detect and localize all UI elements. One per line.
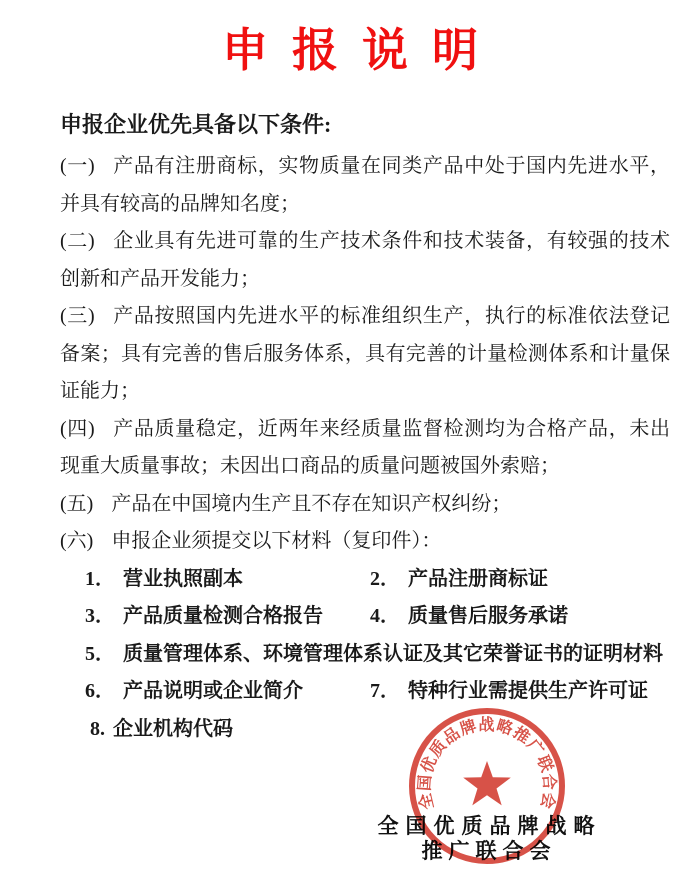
official-seal: 全国优质品牌战略推广联合会 (406, 706, 568, 868)
material-text: 质量售后服务承诺 (408, 605, 568, 627)
material-item: 5．质量管理体系、环境管理体系认证及其它荣誉证书的证明材料 (60, 636, 670, 674)
condition-marker: (一) (60, 155, 95, 177)
material-item: 7．特种行业需提供生产许可证 (345, 673, 670, 711)
material-item: 1．营业执照副本 (60, 561, 345, 599)
material-number: 8. (90, 718, 105, 740)
condition-text: 产品有注册商标，实物质量在同类产品中处于国内先进水平，并具有较高的品牌知名度； (60, 155, 670, 215)
material-item: 8.企业机构代码 (60, 711, 345, 749)
page-title: 申报说明 (60, 24, 640, 78)
materials-list: 1．营业执照副本 2．产品注册商标证 3．产品质量检测合格报告 4．质量售后服务… (60, 561, 670, 749)
material-text: 企业机构代码 (113, 718, 233, 740)
material-item: 6．产品说明或企业简介 (60, 673, 345, 711)
material-text: 质量管理体系、环境管理体系认证及其它荣誉证书的证明材料 (123, 643, 663, 665)
condition-item: (四)产品质量稳定，近两年来经质量监督检测均为合格产品，未出现重大质量事故；未因… (60, 411, 670, 486)
condition-item: (五)产品在中国境内生产且不存在知识产权纠纷； (60, 486, 670, 524)
material-number: 1． (85, 568, 115, 590)
material-number: 6． (85, 680, 115, 702)
material-number: 2． (370, 568, 400, 590)
material-item: 2．产品注册商标证 (345, 561, 670, 599)
intro-heading: 申报企业优先具备以下条件: (60, 110, 670, 140)
condition-text: 申报企业须提交以下材料（复印件）： (111, 530, 441, 552)
condition-text: 产品按照国内先进水平的标准组织生产，执行的标准依法登记备案；具有完善的售后服务体… (60, 305, 670, 402)
condition-item: (六)申报企业须提交以下材料（复印件）： (60, 523, 670, 561)
material-text: 产品质量检测合格报告 (123, 605, 323, 627)
material-number: 5． (85, 643, 115, 665)
condition-text: 产品质量稳定，近两年来经质量监督检测均为合格产品，未出现重大质量事故；未因出口商… (60, 418, 670, 478)
condition-marker: (二) (60, 230, 95, 252)
condition-marker: (四) (60, 418, 95, 440)
declaration-document: 申报说明 申报企业优先具备以下条件: (一)产品有注册商标，实物质量在同类产品中… (0, 0, 700, 879)
condition-text: 企业具有先进可靠的生产技术条件和技术装备，有较强的技术创新和产品开发能力； (60, 230, 670, 290)
material-text: 营业执照副本 (123, 568, 243, 590)
material-number: 3． (85, 605, 115, 627)
material-text: 产品注册商标证 (408, 568, 548, 590)
condition-item: (一)产品有注册商标，实物质量在同类产品中处于国内先进水平，并具有较高的品牌知名… (60, 148, 670, 223)
condition-item: (二)企业具有先进可靠的生产技术条件和技术装备，有较强的技术创新和产品开发能力； (60, 223, 670, 298)
condition-marker: (五) (60, 493, 93, 515)
seal-graphic: 全国优质品牌战略推广联合会 (406, 706, 568, 868)
condition-marker: (六) (60, 530, 93, 552)
material-text: 产品说明或企业简介 (123, 680, 303, 702)
star-icon (463, 761, 511, 805)
condition-marker: (三) (60, 305, 95, 327)
condition-item: (三)产品按照国内先进水平的标准组织生产，执行的标准依法登记备案；具有完善的售后… (60, 298, 670, 411)
material-item: 4．质量售后服务承诺 (345, 598, 670, 636)
material-number: 7． (370, 680, 400, 702)
material-number: 4． (370, 605, 400, 627)
material-item: 3．产品质量检测合格报告 (60, 598, 345, 636)
condition-text: 产品在中国境内生产且不存在知识产权纠纷； (111, 493, 511, 515)
material-text: 特种行业需提供生产许可证 (408, 680, 648, 702)
